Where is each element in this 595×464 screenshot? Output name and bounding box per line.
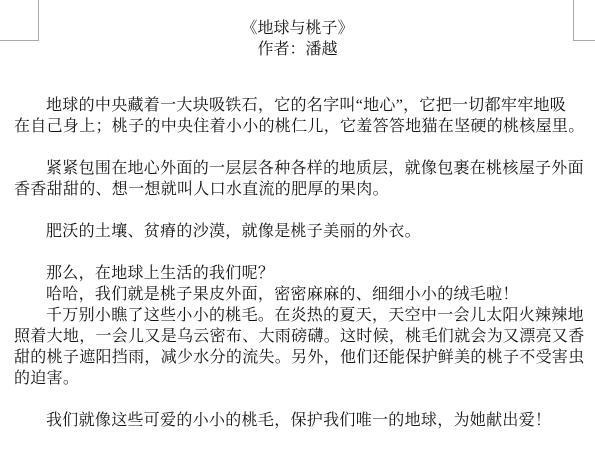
text-line: 千万别小瞧了这些小小的桃毛。在炎热的夏天，天空中一会儿太阳火辣辣地 bbox=[14, 305, 595, 326]
text-line: 照着大地，一会儿又是乌云密布、大雨磅礴。这时候，桃毛们就会为又漂亮又香 bbox=[14, 326, 595, 347]
text-line: 我们就像这些可爱的小小的桃毛，保护我们唯一的地球，为她献出爱！ bbox=[14, 410, 595, 431]
text-line: 那么，在地球上生活的我们呢？ bbox=[14, 263, 595, 284]
text-line: 肥沃的土壤、贫瘠的沙漠，就像是桃子美丽的外衣。 bbox=[14, 221, 595, 242]
paragraph-earth-center: 地球的中央藏着一大块吸铁石，它的名字叫“地心”，它把一切都牢牢地吸 在自己身上；… bbox=[14, 95, 595, 137]
text-boundary-mark-top-right-vertical bbox=[573, 0, 574, 41]
document-text: 地球的中央藏着一大块吸铁石，它的名字叫“地心”，它把一切都牢牢地吸 在自己身上；… bbox=[14, 95, 595, 431]
text-line: 紧紧包围在地心外面的一层层各种各样的地质层，就像包裹在桃核屋子外面 bbox=[14, 158, 595, 179]
doc-author: 作者：潘越 bbox=[0, 38, 595, 59]
text-line: 的迫害。 bbox=[14, 368, 595, 389]
text-line: 哈哈，我们就是桃子果皮外面，密密麻麻的、细细小小的绒毛啦！ bbox=[14, 284, 595, 305]
document-body: { "colors": { "page_background": "#fffff… bbox=[0, 0, 595, 464]
text-line: 甜的桃子遮阳挡雨，减少水分的流失。另外，他们还能保护鲜美的桃子不受害虫 bbox=[14, 347, 595, 368]
text-line: 地球的中央藏着一大块吸铁石，它的名字叫“地心”，它把一切都牢牢地吸 bbox=[14, 95, 595, 116]
paragraph-soil-desert: 肥沃的土壤、贫瘠的沙漠，就像是桃子美丽的外衣。 bbox=[14, 221, 595, 242]
paragraph-conclusion: 我们就像这些可爱的小小的桃毛，保护我们唯一的地球，为她献出爱！ bbox=[14, 410, 595, 431]
text-boundary-mark-top-right-horizontal bbox=[574, 40, 595, 41]
paragraph-geologic-layers: 紧紧包围在地心外面的一层层各种各样的地质层，就像包裹在桃核屋子外面 香香甜甜的、… bbox=[14, 158, 595, 200]
text-line: 香香甜甜的、想一想就叫人口水直流的肥厚的果肉。 bbox=[14, 179, 595, 200]
paragraph-peach-fuzz: 千万别小瞧了这些小小的桃毛。在炎热的夏天，天空中一会儿太阳火辣辣地 照着大地，一… bbox=[14, 305, 595, 389]
text-line: 在自己身上；桃子的中央住着小小的桃仁儿，它羞答答地猫在坚硬的桃核屋里。 bbox=[14, 116, 595, 137]
paragraph-question: 那么，在地球上生活的我们呢？ bbox=[14, 263, 595, 284]
text-boundary-mark-top-left-vertical bbox=[38, 0, 39, 41]
document-page: 《地球与桃子》 作者：潘越 地球的中央藏着一大块吸铁石，它的名字叫“地心”，它把… bbox=[0, 0, 595, 464]
doc-title: 《地球与桃子》 bbox=[0, 17, 595, 38]
paragraph-fuzz-answer: 哈哈，我们就是桃子果皮外面，密密麻麻的、细细小小的绒毛啦！ bbox=[14, 284, 595, 305]
title-block: 《地球与桃子》 作者：潘越 bbox=[0, 0, 595, 59]
text-boundary-mark-top-left-horizontal bbox=[0, 40, 38, 41]
